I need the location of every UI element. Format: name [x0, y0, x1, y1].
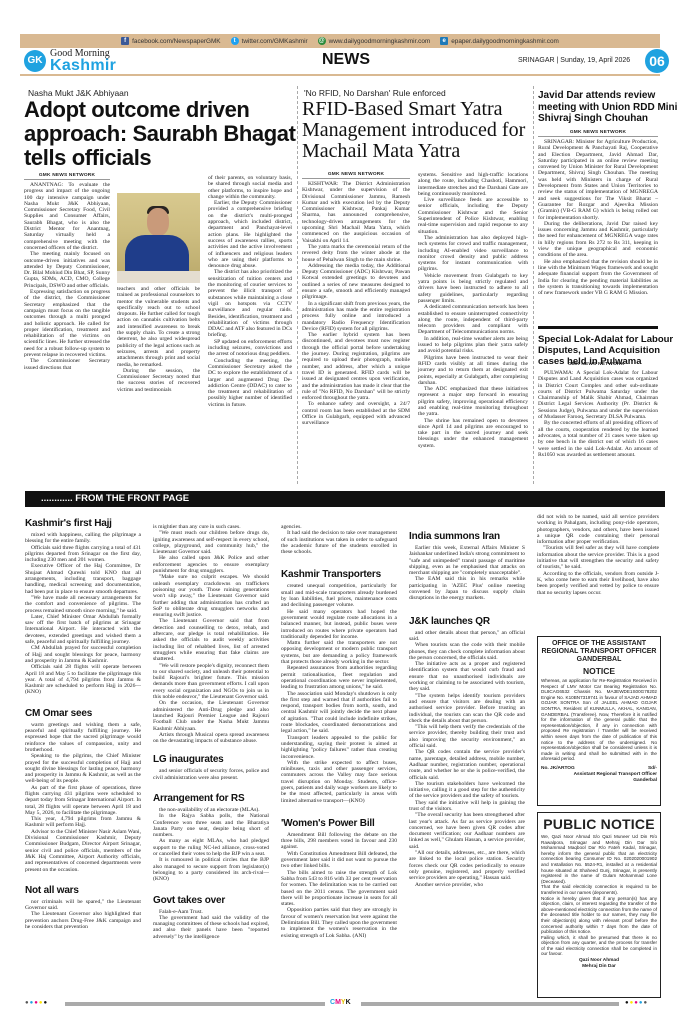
article-heading[interactable]: Not all wars [25, 885, 141, 896]
paragraph: On the occasion, the Lieutenant Governor… [153, 700, 269, 731]
paragraph: He said many operators had hoped the gov… [281, 609, 397, 640]
paragraph: To enhance safety and oversight, a 24/7 … [302, 401, 410, 426]
article-cm-omar-sees: CM Omar sees warm greetings and wishing … [25, 708, 141, 873]
paragraph: KISHTWAR: The District Administration Ki… [302, 181, 410, 244]
front-col-3: agencies. It had said the decision to ta… [281, 524, 397, 939]
paragraph: During the session, the Commissioner Sec… [117, 368, 200, 393]
paragraph: Transport leaders appealed to the public… [281, 735, 397, 760]
rfid-col-2: systems. Sensitive and high-traffic loca… [418, 172, 528, 449]
paragraph: He also called upon J&K Police and other… [153, 555, 269, 574]
paragraph: "We will restore people's dignity, recon… [153, 663, 269, 701]
facebook-icon: f [121, 37, 129, 45]
paragraph: The association said Monday's shutdown i… [281, 691, 397, 735]
paragraph: and other details about that person," an… [409, 630, 525, 643]
paragraph: Failing which, it shall be presumed that… [541, 935, 657, 957]
facebook-link[interactable]: ffacebook.com/NewspaperGMK [121, 37, 220, 45]
lead-headline: Adopt outcome driven approach: Saurabh B… [24, 98, 296, 170]
paragraph: With the strike expected to affect buses… [281, 760, 397, 804]
paragraph: The tourism stakeholders have welcomed t… [409, 781, 525, 800]
rfid-col-1: GMK NEWS NETWORK KISHTWAR: The District … [302, 172, 410, 427]
paragraph: nor criminals will be spared," the Lieut… [25, 899, 141, 912]
paragraph: Concluding the meeting, the Commissioner… [208, 358, 292, 408]
article-heading[interactable]: LG inaugurates [153, 754, 269, 765]
paragraph: The initiative acts as a proper and regi… [409, 661, 525, 692]
paragraph: SP updated on enforcement efforts includ… [208, 339, 292, 358]
paragraph: The EAM said this in his remarks while p… [409, 576, 525, 601]
article-kashmirs-first-hajj: Kashmir's first Hajj mixed with happines… [25, 518, 141, 696]
paragraph: They said the initiative will help in ga… [409, 800, 525, 813]
lok-adalat-body: GMK NEWS NETWORK PULWAMA: A Special Lok-… [538, 368, 658, 458]
lead-col-1: GMK NEWS NETWORK ANANTNAG: To evaluate t… [24, 173, 110, 371]
article-heading[interactable]: Arrangement for RS [153, 793, 269, 804]
paragraph: Mattu further said the transporters are … [281, 640, 397, 665]
paragraph: "Tourists will feel safer as they will h… [537, 545, 659, 570]
epaper-icon: e [440, 37, 448, 45]
paragraph: It is rumoured in political circles that… [153, 857, 269, 882]
rfid-kicker: 'No RFID, No Darshan' Rule enforced [304, 88, 446, 98]
paragraph: The government had said the validity of … [153, 915, 269, 940]
paragraph: "All our details, addresses, etc., are t… [409, 850, 525, 881]
paragraph: The district has also prioritized the se… [208, 269, 292, 338]
globe-icon: @ [318, 37, 326, 45]
paragraph: A dedicated communication network has be… [418, 304, 528, 335]
paragraph: With Constitution Amendment Bill defeate… [281, 851, 397, 870]
paragraph: The Lieutenant Governor said that from d… [153, 618, 269, 662]
paragraph: ANANTNAG: To evaluate the progress and i… [24, 182, 110, 251]
print-footer: ●●●●● CMYK ●●●●● [25, 1000, 665, 1008]
article-arrangement-for-rs: Arrangement for RS the non-availability … [153, 793, 269, 883]
epaper-link[interactable]: eepaper.dailygoodmorningkashmir.com [440, 37, 559, 45]
paragraph: Earlier, the Deputy Commissioner provide… [208, 200, 292, 269]
byline: GMK NEWS NETWORK [302, 172, 410, 179]
paragraph: In a significant shift from previous yea… [302, 301, 410, 332]
notice-sign-place: Ganderbal [541, 778, 657, 784]
article-heading[interactable]: Kashmir's first Hajj [25, 518, 141, 529]
paragraph: of their parents, on voluntary basis, be… [208, 175, 292, 200]
registration-marks: ●●●●● [25, 1000, 48, 1006]
paragraph: Another service provider, who [409, 882, 525, 888]
paragraph: created unequal competition, particularl… [281, 583, 397, 608]
article-jk-launches-qr: J&K launches QR and other details about … [409, 616, 525, 888]
paragraph: mixed with happiness, calling the pilgri… [25, 532, 141, 545]
cmyk-label: CMYK [330, 999, 351, 1006]
twitter-icon: t [231, 37, 239, 45]
paragraph: CM Abdullah prayed for successful comple… [25, 645, 141, 664]
arto-notice-box: OFFICE OF THE ASSISTANT REGIONAL TRANSPO… [537, 636, 661, 806]
paragraph: Vehicle movement from Gulabgarh to key y… [418, 273, 528, 304]
public-notice-title: PUBLIC NOTICE [541, 816, 657, 832]
notice-title: NOTICE [541, 666, 657, 676]
javid-headline: Javid Dar attends review meeting with Un… [538, 90, 678, 125]
paragraph: In the Rajya Sabha polls, the National C… [153, 813, 269, 838]
paragraph: Notice is hereby given that if any perso… [541, 896, 657, 935]
article-govt-takes-over: Govt takes over Falah-e-Aam Trust. The g… [153, 895, 269, 940]
paragraph: As many as eight MLAs, who had pledged s… [153, 838, 269, 857]
byline: GMK NEWS NETWORK [538, 130, 658, 137]
paragraph: teachers and other officials be trained … [117, 286, 200, 368]
lead-col-2: teachers and other officials be trained … [117, 286, 200, 393]
paragraph: The QR codes contain the service provide… [409, 749, 525, 780]
paragraph: "The overall security has been strengthe… [409, 812, 525, 850]
paragraph: SRINAGAR: Minister for Agriculture Produ… [538, 139, 658, 221]
byline: GMK NEWS NETWORK [538, 362, 658, 368]
paragraph: During the deliberations, Javid Dar rais… [538, 221, 658, 259]
website-link[interactable]: @www.dailygoodmorningkashmir.com [318, 37, 431, 45]
article-heading[interactable]: J&K launches QR [409, 616, 525, 627]
article-india-summons-iran: India summons Iran Earlier this week, Ex… [409, 531, 525, 602]
paragraph: Officials said 28 flights will operate b… [25, 664, 141, 695]
paragraph: The ADC emphasized that these initiative… [418, 386, 528, 417]
paragraph: Repeated assurances from authorities reg… [281, 665, 397, 690]
paragraph: He also emphasized that the revision sho… [538, 259, 658, 297]
front-col-5: did not wish to be named, said all servi… [537, 514, 659, 596]
paragraph: The Lieutenant Governor also highlighted… [25, 911, 141, 930]
registration-marks: ●●●●● [625, 1000, 648, 1006]
notice-office: OFFICE OF THE ASSISTANT REGIONAL TRANSPO… [541, 640, 657, 664]
paragraph: Addressing the media today, the Addition… [302, 263, 410, 301]
paragraph: Executive Officer of the Haj Committee, … [25, 563, 141, 594]
paragraph: By the concerted efforts of all presidin… [538, 420, 658, 458]
article-lg-inaugurates: LG inaugurates and senior officials of s… [153, 754, 269, 781]
paragraph: Expressing satisfaction on progress of t… [24, 289, 110, 358]
paragraph: "Make sure no culprit escapes. We should… [153, 574, 269, 618]
paragraph: PULWAMA: A Special Lok-Adalat for Labour… [538, 370, 658, 420]
masthead: GK Good Morning Kashmir NEWS SRINAGAR | … [20, 48, 660, 76]
article-womens-power-bill: 'Women's Power Bill Amendment Bill follo… [281, 818, 397, 939]
paragraph: When tourists scan the code with their m… [409, 642, 525, 661]
paragraph: "The system helps identify tourism provi… [409, 693, 525, 724]
logo-icon: GK [24, 50, 46, 72]
article-kashmir-transporters: Kashmir Transporters created unequal com… [281, 569, 397, 803]
paragraph: "This will help them verify the credenti… [409, 724, 525, 749]
paragraph: The administration has also deployed hig… [418, 235, 528, 273]
front-col-1: Kashmir's first Hajj mixed with happines… [25, 518, 141, 930]
section-title: NEWS [322, 51, 370, 69]
paragraph: Earlier this week, External Affairs Mini… [409, 545, 525, 576]
article-heading[interactable]: 'Women's Power Bill [281, 818, 397, 829]
paragraph: Speaking to the pilgrims, the Chief Mini… [25, 753, 141, 784]
public-notice-box: PUBLIC NOTICE We, Qazi Noor Ahmad S/o Qa… [537, 812, 661, 998]
page-number: 06 [645, 49, 669, 73]
notice-ref: No. JK/ARTOG [541, 766, 575, 772]
paragraph: Later, Chief Minister Omar Abdullah form… [25, 614, 141, 645]
paragraph: Advisor to the Chief Minister Nasir Asla… [25, 829, 141, 873]
from-front-page-banner: ............ FROM THE FRONT PAGE [25, 491, 665, 507]
paragraph: This year, 4,794 pilgrims from Jammu & K… [25, 816, 141, 829]
paragraph: According to the officials, vendors from… [537, 571, 659, 596]
paragraph: warm greetings and wishing them a safe, … [25, 722, 141, 753]
article-heading[interactable]: Kashmir Transporters [281, 569, 397, 580]
paragraph: systems. Sensitive and high-traffic loca… [418, 172, 528, 197]
notice-body: Whereas, an application for Re-Registrat… [541, 678, 657, 762]
paragraph: "We must reach our children before drugs… [153, 530, 269, 555]
lead-col-3: of their parents, on voluntary basis, be… [208, 175, 292, 408]
color-strip [361, 1002, 619, 1006]
paragraph: The Commissioner Secretary issued direct… [24, 358, 110, 371]
paragraph: "We have made all necessary arrangements… [25, 595, 141, 614]
javid-body: GMK NEWS NETWORK SRINAGAR: Minister for … [538, 130, 658, 296]
paragraph: That the said electricity connection is … [541, 884, 657, 895]
rfid-headline: RFID-Based Smart Yatra Management introd… [302, 99, 532, 162]
article-heading[interactable]: Govt takes over [153, 895, 269, 906]
logo-text-line2: Kashmir [50, 57, 116, 75]
paragraph: As part of the first phase of operations… [25, 785, 141, 816]
color-strip [65, 1002, 325, 1006]
social-links-bar: ffacebook.com/NewspaperGMK ttwitter.com/… [20, 34, 660, 48]
paragraph: did not wish to be named, said all servi… [537, 514, 659, 545]
paragraph: It had said the decision to take over ma… [281, 530, 397, 555]
paragraph: We, Qazi Noor Ahmad S/o Qazi Muneer Ud D… [541, 834, 657, 884]
dateline: SRINAGAR | Sunday, 19, April 2026 [518, 57, 630, 64]
news-photo [117, 193, 200, 283]
front-col-4: India summons Iran Earlier this week, Ex… [409, 531, 525, 888]
paragraph: Officials said three flights carrying a … [25, 545, 141, 564]
paragraph: The meeting mainly focused on outcome-dr… [24, 251, 110, 289]
paragraph: The earlier hybrid system has been disco… [302, 332, 410, 401]
paragraph: The yatra marks the ceremonial return of… [302, 244, 410, 263]
article-heading[interactable]: India summons Iran [409, 531, 525, 542]
paragraph: Opposition parties said that they are st… [281, 907, 397, 938]
paragraph: Artists through Musical opera spread awa… [153, 732, 269, 745]
section-divider [538, 326, 658, 329]
paragraph: Pilgrims have been instructed to wear th… [418, 355, 528, 386]
column-divider [297, 86, 298, 484]
column-divider [533, 86, 534, 484]
byline: GMK NEWS NETWORK [24, 173, 110, 180]
signatory: Mehraj Din Dar [541, 964, 657, 970]
paragraph: Live surveillance feeds are accessible t… [418, 197, 528, 235]
twitter-link[interactable]: ttwitter.com/GMKashmir [231, 37, 308, 45]
paragraph: and senior officials of security forces,… [153, 768, 269, 781]
front-col-2: is mightier than any cure in such cases.… [153, 524, 269, 940]
paragraph: In addition, real-time weather alerts ar… [418, 336, 528, 355]
paragraph: Amendment Bill following the debate on t… [281, 832, 397, 851]
article-not-all-wars: Not all wars nor criminals will be spare… [25, 885, 141, 930]
paragraph: The bills aimed to raise the strength of… [281, 870, 397, 908]
paragraph: The shrine has remained open to devotees… [418, 418, 528, 449]
article-heading[interactable]: CM Omar sees [25, 708, 141, 719]
